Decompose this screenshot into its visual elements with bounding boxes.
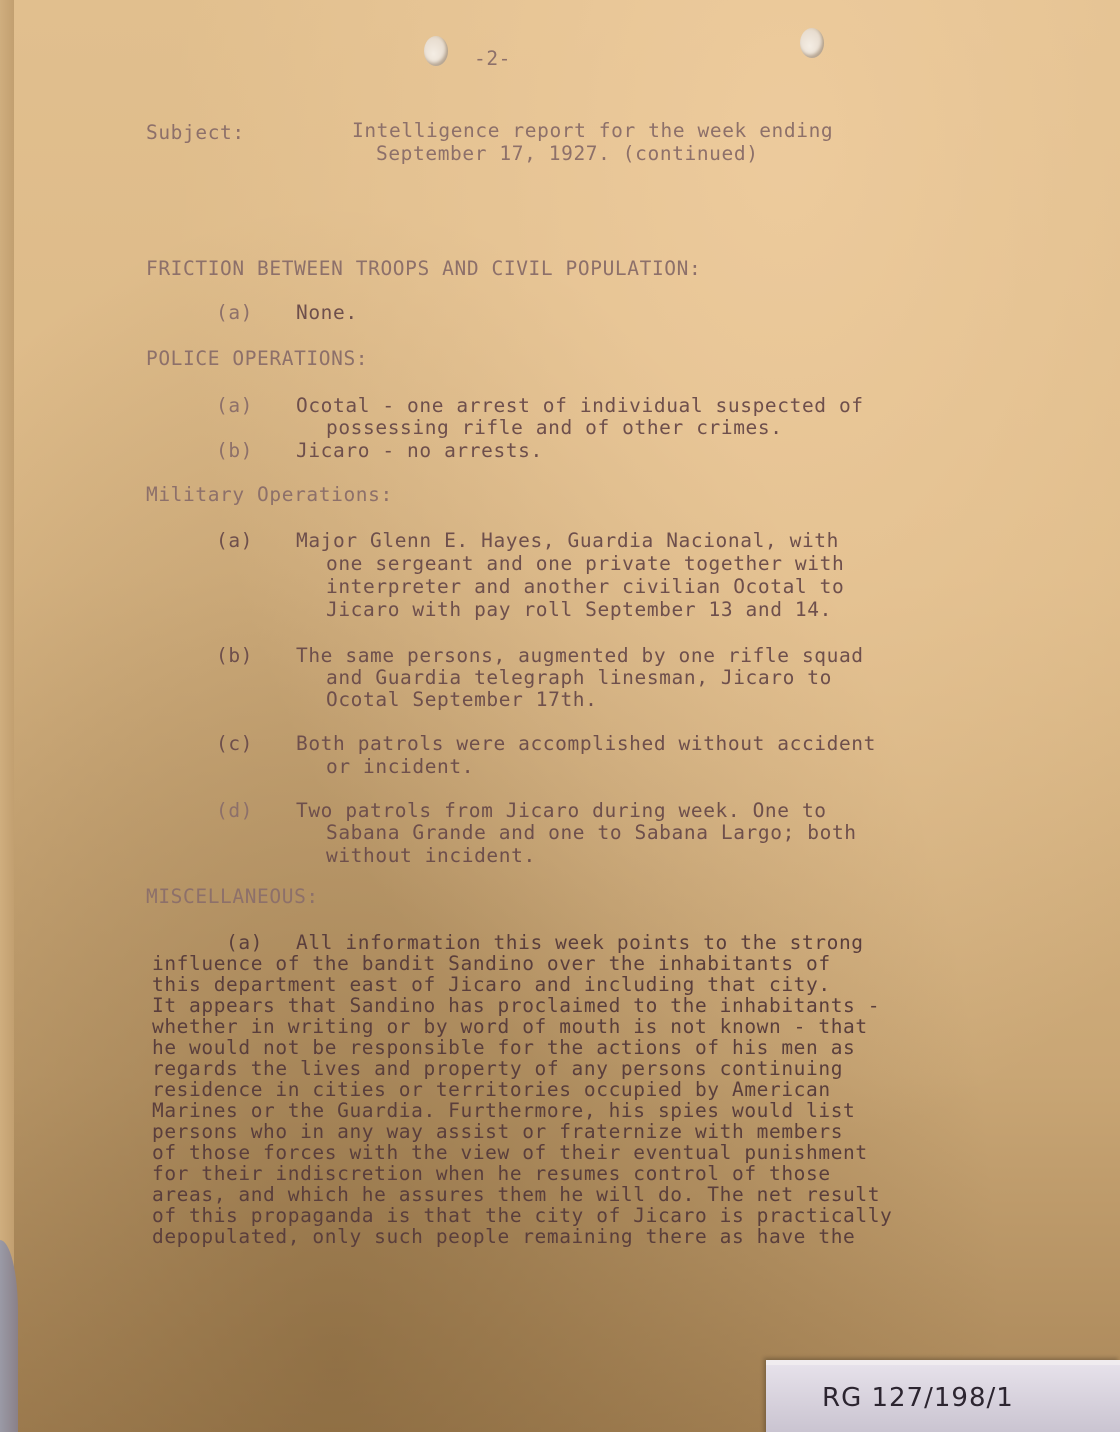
item-text: Ocotal - one arrest of individual suspec… [296,395,864,417]
heading-miscellaneous: MISCELLANEOUS: [146,886,319,908]
paragraph-line: Marines or the Guardia. Furthermore, his… [152,1100,855,1122]
page-left-edge [0,0,14,1432]
paragraph-line: he would not be responsible for the acti… [152,1037,855,1059]
heading-friction: FRICTION BETWEEN TROOPS AND CIVIL POPULA… [146,258,701,280]
item-marker: (a) [216,395,253,417]
archive-tag-card: RG 127/198/1 [766,1360,1120,1432]
punch-hole-left [424,36,448,66]
item-text: Jicaro with pay roll September 13 and 14… [326,599,832,621]
item-text: Ocotal September 17th. [326,689,597,711]
paragraph-line: of those forces with the view of their e… [152,1142,868,1164]
item-marker: (d) [216,800,253,822]
item-marker: (a) [226,932,263,954]
paragraph-line: It appears that Sandino has proclaimed t… [152,995,880,1017]
item-text: possessing rifle and of other crimes. [326,417,783,439]
item-marker: (b) [216,645,253,667]
paragraph-line: areas, and which he assures them he will… [152,1184,880,1206]
item-text: and Guardia telegraph linesman, Jicaro t… [326,667,832,689]
item-text: interpreter and another civilian Ocotal … [326,576,844,598]
punch-hole-right [800,28,824,58]
item-marker: (a) [216,302,253,324]
paragraph-line: depopulated, only such people remaining … [152,1226,855,1248]
subject-line-2: September 17, 1927. (continued) [376,143,759,165]
item-text: None. [296,302,358,324]
paragraph-line: influence of the bandit Sandino over the… [152,953,831,975]
paragraph-line: of this propaganda is that the city of J… [152,1205,892,1227]
paragraph-line: All information this week points to the … [296,932,864,954]
item-marker: (a) [216,530,253,552]
archive-reference: RG 127/198/1 [822,1383,1014,1413]
paragraph-line: whether in writing or by word of mouth i… [152,1016,868,1038]
item-marker: (b) [216,440,253,462]
item-text: Two patrols from Jicaro during week. One… [296,800,827,822]
item-text: Jicaro - no arrests. [296,440,543,462]
paragraph-line: this department east of Jicaro and inclu… [152,974,831,996]
item-text: The same persons, augmented by one rifle… [296,645,864,667]
subject-line-1: Intelligence report for the week ending [352,120,833,142]
heading-military-operations: Military Operations: [146,484,393,506]
subject-label: Subject: [146,122,245,144]
paragraph-line: for their indiscretion when he resumes c… [152,1163,831,1185]
item-text: without incident. [326,845,536,867]
paragraph-line: residence in cities or territories occup… [152,1079,831,1101]
item-text: one sergeant and one private together wi… [326,553,844,575]
page-number: -2- [474,48,511,70]
item-text: Sabana Grande and one to Sabana Largo; b… [326,822,857,844]
paragraph-line: regards the lives and property of any pe… [152,1058,843,1080]
item-text: Major Glenn E. Hayes, Guardia Nacional, … [296,530,839,552]
heading-police-operations: POLICE OPERATIONS: [146,348,368,370]
item-marker: (c) [216,733,253,755]
item-text: or incident. [326,756,474,778]
paragraph-line: persons who in any way assist or fratern… [152,1121,843,1143]
item-text: Both patrols were accomplished without a… [296,733,876,755]
